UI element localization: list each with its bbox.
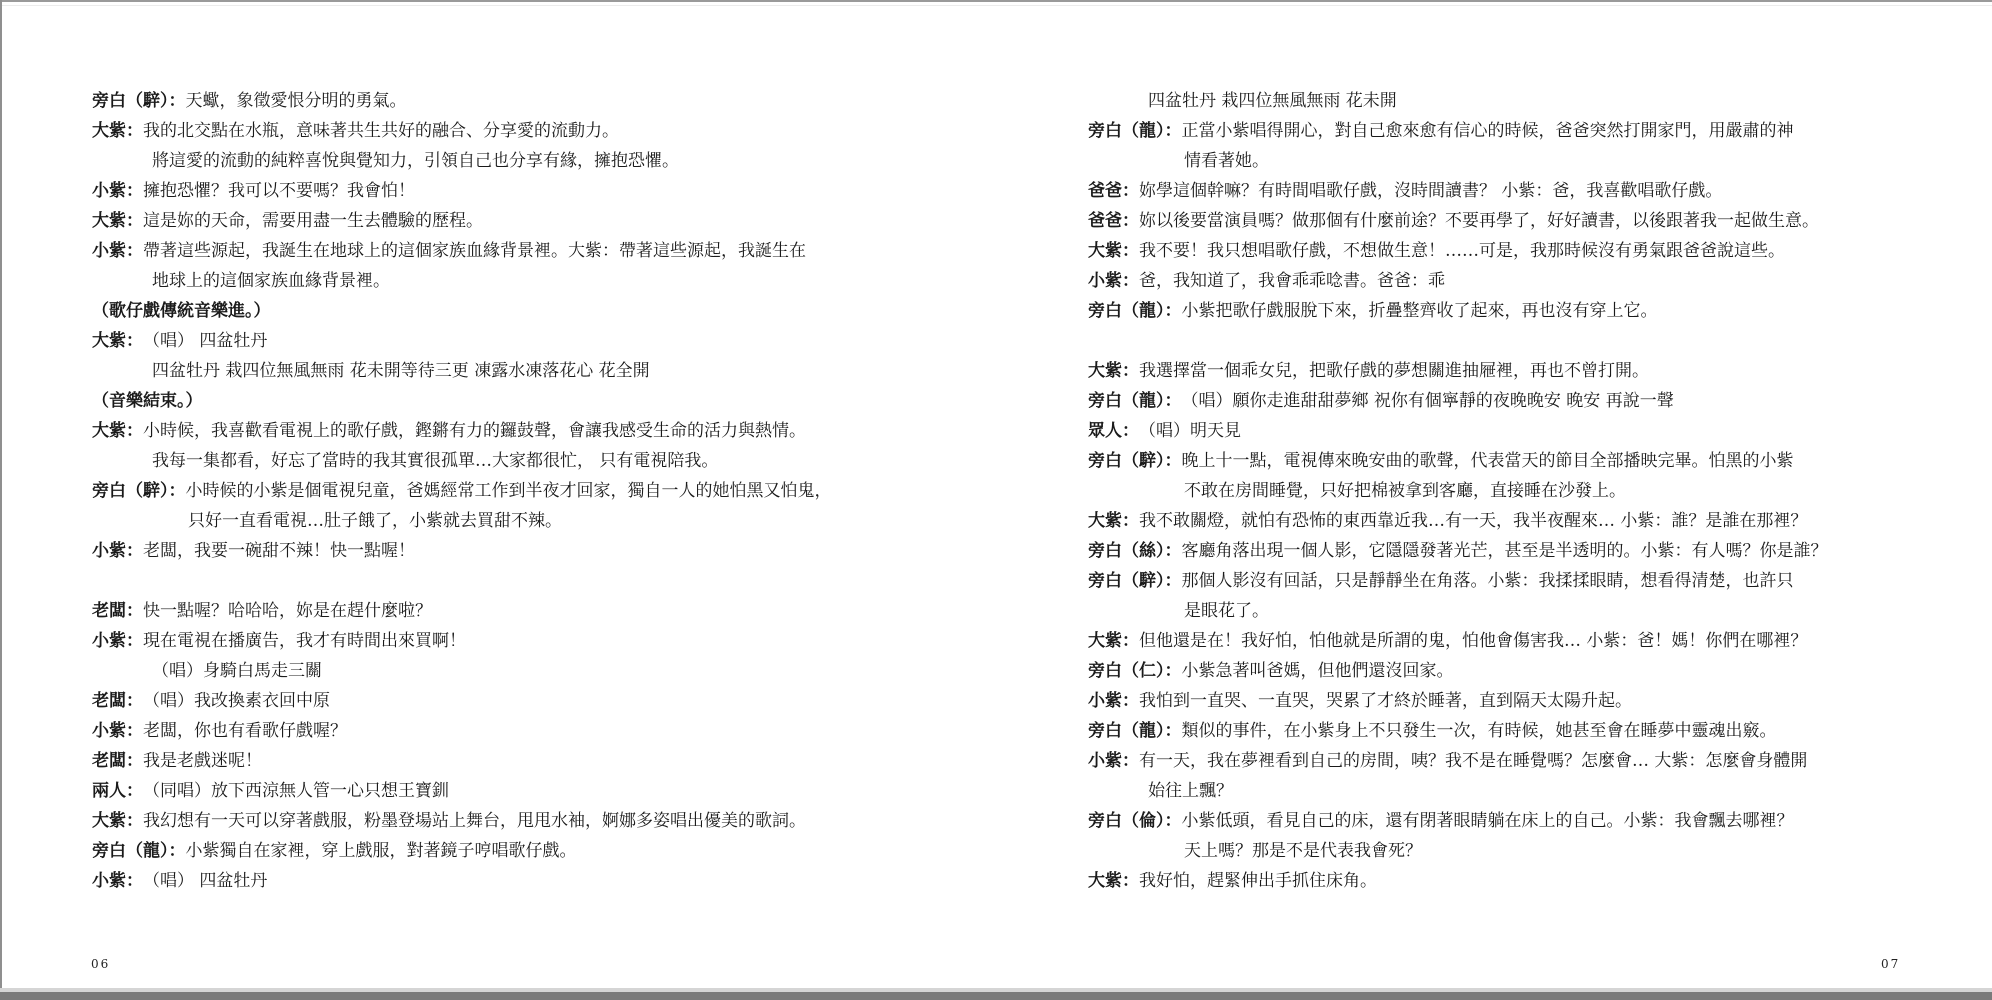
dialogue-text: （唱）願你走進甜甜夢鄉 祝你有個寧靜的夜晚晚安 晚安 再說一聲: [1182, 386, 1674, 416]
speaker-name: 小紫：: [92, 236, 143, 266]
dialogue-text: 我選擇當一個乖女兒，把歌仔戲的夢想關進抽屜裡，再也不曾打開。: [1139, 356, 1649, 386]
dialogue-text: 小時候的小紫是個電視兒童，爸媽經常工作到半夜才回家，獨自一人的她怕黑又怕鬼，: [186, 476, 832, 506]
dialogue-text: （唱） 四盆牡丹: [143, 866, 267, 896]
dialogue-text: 擁抱恐懼？我可以不要嗎？我會怕！: [143, 176, 415, 206]
right-page-script: 四盆牡丹 栽四位無風無雨 花未開旁白（龍）：正當小紫唱得開心，對自己愈來愈有信心…: [1088, 86, 1908, 896]
speaker-name: 小紫：: [1088, 266, 1139, 296]
dialogue-line: 小紫：現在電視在播廣告，我才有時間出來買啊！: [92, 626, 932, 656]
speaker-name: 大紫：: [92, 806, 143, 836]
dialogue-text: 天蠍，象徵愛恨分明的勇氣。: [186, 86, 407, 116]
dialogue-line: 大紫：我選擇當一個乖女兒，把歌仔戲的夢想關進抽屜裡，再也不曾打開。: [1088, 356, 1908, 386]
dialogue-text: 妳學這個幹嘛？有時間唱歌仔戲，沒時間讀書？ 小紫：爸，我喜歡唱歌仔戲。: [1139, 176, 1722, 206]
dialogue-line: 小紫：帶著這些源起，我誕生在地球上的這個家族血緣背景裡。大紫：帶著這些源起，我誕…: [92, 236, 932, 266]
dialogue-text: 帶著這些源起，我誕生在地球上的這個家族血緣背景裡。大紫：帶著這些源起，我誕生在: [143, 236, 806, 266]
dialogue-text: （唱） 四盆牡丹: [143, 326, 267, 356]
page-number-left: 06: [91, 957, 110, 971]
speaker-name: 旁白（騂）：: [92, 476, 186, 506]
dialogue-line: 小紫：老闆，我要一碗甜不辣！快一點喔！: [92, 536, 932, 566]
dialogue-line: 老闆：（唱）我改換素衣回中原: [92, 686, 932, 716]
dialogue-text: 我幻想有一天可以穿著戲服，粉墨登場站上舞台，甩甩水袖，婀娜多姿唱出優美的歌詞。: [143, 806, 806, 836]
dialogue-line: 爸爸：妳學這個幹嘛？有時間唱歌仔戲，沒時間讀書？ 小紫：爸，我喜歡唱歌仔戲。: [1088, 176, 1908, 206]
speaker-name: 大紫：: [1088, 356, 1139, 386]
page-number-right: 07: [1881, 957, 1900, 971]
speaker-name: 老闆：: [92, 746, 143, 776]
speaker-name: 大紫：: [92, 416, 143, 446]
dialogue-line: 旁白（龍）：正當小紫唱得開心，對自己愈來愈有信心的時候，爸爸突然打開家門，用嚴肅…: [1088, 116, 1908, 146]
dialogue-line: 大紫：小時候，我喜歡看電視上的歌仔戲，鏗鏘有力的鑼鼓聲，會讓我感受生命的活力與熱…: [92, 416, 932, 446]
left-page-script: 旁白（騂）：天蠍，象徵愛恨分明的勇氣。大紫：我的北交點在水瓶，意味著共生共好的融…: [92, 86, 932, 896]
speaker-name: 旁白（絲）：: [1088, 536, 1182, 566]
dialogue-line: 旁白（倫）：小紫低頭，看見自己的床，還有閉著眼睛躺在床上的自己。小紫：我會飄去哪…: [1088, 806, 1908, 836]
dialogue-text: 現在電視在播廣告，我才有時間出來買啊！: [143, 626, 466, 656]
dialogue-text: 正當小紫唱得開心，對自己愈來愈有信心的時候，爸爸突然打開家門，用嚴肅的神: [1182, 116, 1794, 146]
dialogue-text: 客廳角落出現一個人影，它隱隱發著光芒，甚至是半透明的。小紫：有人嗎？你是誰？: [1182, 536, 1828, 566]
dialogue-text: 妳以後要當演員嗎？做那個有什麼前途？不要再學了，好好讀書，以後跟著我一起做生意。: [1139, 206, 1819, 236]
speaker-name: 小紫：: [92, 536, 143, 566]
speaker-name: 眾人：: [1088, 416, 1139, 446]
speaker-name: 大紫：: [92, 116, 143, 146]
speaker-name: 旁白（龍）：: [1088, 116, 1182, 146]
speaker-name: 小紫：: [92, 716, 143, 746]
dialogue-line: 兩人：（同唱）放下西涼無人管一心只想王寶釧: [92, 776, 932, 806]
speaker-name: 老闆：: [92, 686, 143, 716]
dialogue-line: 老闆：我是老戲迷呢！: [92, 746, 932, 776]
dialogue-text: 小紫急著叫爸媽，但他們還沒回家。: [1182, 656, 1454, 686]
dialogue-line: 小紫：（唱） 四盆牡丹: [92, 866, 932, 896]
speaker-name: 旁白（龍）：: [1088, 716, 1182, 746]
dialogue-continuation: 地球上的這個家族血緣背景裡。: [92, 266, 932, 296]
dialogue-text: 老闆，我要一碗甜不辣！快一點喔！: [143, 536, 415, 566]
dialogue-line: 旁白（龍）：小紫把歌仔戲服脫下來，折疊整齊收了起來，再也沒有穿上它。: [1088, 296, 1908, 326]
dialogue-continuation: 四盆牡丹 栽四位無風無雨 花未開: [1088, 86, 1908, 116]
dialogue-line: 大紫：我幻想有一天可以穿著戲服，粉墨登場站上舞台，甩甩水袖，婀娜多姿唱出優美的歌…: [92, 806, 932, 836]
dialogue-text: 快一點喔？哈哈哈，妳是在趕什麼啦？: [143, 596, 432, 626]
dialogue-line: 大紫：我不敢關燈，就怕有恐怖的東西靠近我…有一天，我半夜醒來… 小紫：誰？是誰在…: [1088, 506, 1908, 536]
dialogue-line: 旁白（龍）：小紫獨自在家裡，穿上戲服，對著鏡子哼唱歌仔戲。: [92, 836, 932, 866]
dialogue-line: 旁白（騂）：小時候的小紫是個電視兒童，爸媽經常工作到半夜才回家，獨自一人的她怕黑…: [92, 476, 932, 506]
dialogue-line: 旁白（龍）：類似的事件，在小紫身上不只發生一次，有時候，她甚至會在睡夢中靈魂出竅…: [1088, 716, 1908, 746]
dialogue-continuation: 我每一集都看，好忘了當時的我其實很孤單…大家都很忙， 只有電視陪我。: [92, 446, 932, 476]
speaker-name: 旁白（仁）：: [1088, 656, 1182, 686]
dialogue-line: 小紫：爸，我知道了，我會乖乖唸書。爸爸：乖: [1088, 266, 1908, 296]
dialogue-continuation: 天上嗎？那是不是代表我會死？: [1088, 836, 1908, 866]
speaker-name: 大紫：: [1088, 506, 1139, 536]
dialogue-line: 爸爸：妳以後要當演員嗎？做那個有什麼前途？不要再學了，好好讀書，以後跟著我一起做…: [1088, 206, 1908, 236]
speaker-name: 旁白（龍）：: [1088, 296, 1182, 326]
speaker-name: 旁白（龍）：: [1088, 386, 1182, 416]
dialogue-text: 小紫獨自在家裡，穿上戲服，對著鏡子哼唱歌仔戲。: [186, 836, 577, 866]
dialogue-line: 小紫：老闆，你也有看歌仔戲喔？: [92, 716, 932, 746]
speaker-name: 小紫：: [1088, 746, 1139, 776]
dialogue-line: 小紫：我怕到一直哭、一直哭，哭累了才終於睡著，直到隔天太陽升起。: [1088, 686, 1908, 716]
dialogue-text: 我不敢關燈，就怕有恐怖的東西靠近我…有一天，我半夜醒來… 小紫：誰？是誰在那裡？: [1139, 506, 1807, 536]
dialogue-continuation: 將這愛的流動的純粹喜悅與覺知力，引領自己也分享有緣，擁抱恐懼。: [92, 146, 932, 176]
dialogue-line: 眾人：（唱）明天見: [1088, 416, 1908, 446]
dialogue-text: 類似的事件，在小紫身上不只發生一次，有時候，她甚至會在睡夢中靈魂出竅。: [1182, 716, 1777, 746]
dialogue-line: 小紫：有一天，我在夢裡看到自己的房間，咦？我不是在睡覺嗎？怎麼會… 大紫：怎麼會…: [1088, 746, 1908, 776]
dialogue-line: 大紫：我不要！我只想唱歌仔戲，不想做生意！……可是，我那時候沒有勇氣跟爸爸說這些…: [1088, 236, 1908, 266]
dialogue-line: 小紫：擁抱恐懼？我可以不要嗎？我會怕！: [92, 176, 932, 206]
dialogue-line: 大紫：但他還是在！我好怕，怕他就是所謂的鬼，怕他會傷害我… 小紫：爸！媽！你們在…: [1088, 626, 1908, 656]
dialogue-text: 小紫低頭，看見自己的床，還有閉著眼睛躺在床上的自己。小紫：我會飄去哪裡？: [1182, 806, 1794, 836]
dialogue-text: 老闆，你也有看歌仔戲喔？: [143, 716, 347, 746]
dialogue-text: 小紫把歌仔戲服脫下來，折疊整齊收了起來，再也沒有穿上它。: [1182, 296, 1658, 326]
speaker-name: 大紫：: [1088, 866, 1139, 896]
speaker-name: 大紫：: [92, 326, 143, 356]
blank-line: [1088, 326, 1908, 356]
dialogue-line: 旁白（絲）：客廳角落出現一個人影，它隱隱發著光芒，甚至是半透明的。小紫：有人嗎？…: [1088, 536, 1908, 566]
dialogue-line: 旁白（騂）：那個人影沒有回話，只是靜靜坐在角落。小紫：我揉揉眼睛，想看得清楚，也…: [1088, 566, 1908, 596]
dialogue-line: 旁白（騂）：晚上十一點，電視傳來晚安曲的歌聲，代表當天的節目全部播映完畢。怕黑的…: [1088, 446, 1908, 476]
speaker-name: 小紫：: [1088, 686, 1139, 716]
dialogue-continuation: 四盆牡丹 栽四位無風無雨 花未開等待三更 凍露水凍落花心 花全開: [92, 356, 932, 386]
dialogue-continuation: 不敢在房間睡覺，只好把棉被拿到客廳，直接睡在沙發上。: [1088, 476, 1908, 506]
dialogue-text: 我不要！我只想唱歌仔戲，不想做生意！……可是，我那時候沒有勇氣跟爸爸說這些。: [1139, 236, 1785, 266]
dialogue-text: （同唱）放下西涼無人管一心只想王寶釧: [143, 776, 449, 806]
dialogue-text: 有一天，我在夢裡看到自己的房間，咦？我不是在睡覺嗎？怎麼會… 大紫：怎麼會身體開: [1139, 746, 1807, 776]
dialogue-continuation: 情看著她。: [1088, 146, 1908, 176]
speaker-name: 兩人：: [92, 776, 143, 806]
dialogue-text: （唱）明天見: [1139, 416, 1241, 446]
dialogue-line: 老闆：快一點喔？哈哈哈，妳是在趕什麼啦？: [92, 596, 932, 626]
dialogue-continuation: 是眼花了。: [1088, 596, 1908, 626]
speaker-name: 旁白（龍）：: [92, 836, 186, 866]
dialogue-line: 旁白（仁）：小紫急著叫爸媽，但他們還沒回家。: [1088, 656, 1908, 686]
page-frame-bottom: [0, 992, 1992, 1000]
speaker-name: 大紫：: [92, 206, 143, 236]
speaker-name: 大紫：: [1088, 236, 1139, 266]
page-frame-top-inner: [0, 5, 1992, 6]
dialogue-text: 這是妳的天命，需要用盡一生去體驗的歷程。: [143, 206, 483, 236]
dialogue-text: 我好怕，趕緊伸出手抓住床角。: [1139, 866, 1377, 896]
speaker-name: 旁白（騂）：: [1088, 566, 1182, 596]
dialogue-line: 大紫：（唱） 四盆牡丹: [92, 326, 932, 356]
speaker-name: 爸爸：: [1088, 176, 1139, 206]
stage-direction: （音樂結束。）: [92, 386, 932, 416]
dialogue-text: 晚上十一點，電視傳來晚安曲的歌聲，代表當天的節目全部播映完畢。怕黑的小紫: [1182, 446, 1794, 476]
speaker-name: 大紫：: [1088, 626, 1139, 656]
dialogue-continuation: （唱）身騎白馬走三關: [92, 656, 932, 686]
dialogue-text: 爸，我知道了，我會乖乖唸書。爸爸：乖: [1139, 266, 1445, 296]
dialogue-text: 我是老戲迷呢！: [143, 746, 262, 776]
dialogue-continuation: 始往上飄？: [1088, 776, 1908, 806]
blank-line: [92, 566, 932, 596]
speaker-name: 小紫：: [92, 626, 143, 656]
dialogue-line: 旁白（龍）：（唱）願你走進甜甜夢鄉 祝你有個寧靜的夜晚晚安 晚安 再說一聲: [1088, 386, 1908, 416]
dialogue-line: 大紫：這是妳的天命，需要用盡一生去體驗的歷程。: [92, 206, 932, 236]
dialogue-text: 但他還是在！我好怕，怕他就是所謂的鬼，怕他會傷害我… 小紫：爸！媽！你們在哪裡？: [1139, 626, 1807, 656]
page-frame-top: [0, 0, 1992, 2]
speaker-name: 小紫：: [92, 176, 143, 206]
dialogue-text: （唱）我改換素衣回中原: [143, 686, 330, 716]
dialogue-continuation: 只好一直看電視…肚子餓了，小紫就去買甜不辣。: [92, 506, 932, 536]
dialogue-text: 我的北交點在水瓶，意味著共生共好的融合、分享愛的流動力。: [143, 116, 619, 146]
speaker-name: 老闆：: [92, 596, 143, 626]
page-frame-left: [0, 0, 2, 1000]
speaker-name: 爸爸：: [1088, 206, 1139, 236]
dialogue-line: 旁白（騂）：天蠍，象徵愛恨分明的勇氣。: [92, 86, 932, 116]
speaker-name: 小紫：: [92, 866, 143, 896]
speaker-name: 旁白（倫）：: [1088, 806, 1182, 836]
dialogue-text: 小時候，我喜歡看電視上的歌仔戲，鏗鏘有力的鑼鼓聲，會讓我感受生命的活力與熱情。: [143, 416, 806, 446]
dialogue-text: 那個人影沒有回話，只是靜靜坐在角落。小紫：我揉揉眼睛，想看得清楚，也許只: [1182, 566, 1794, 596]
speaker-name: 旁白（騂）：: [1088, 446, 1182, 476]
dialogue-line: 大紫：我好怕，趕緊伸出手抓住床角。: [1088, 866, 1908, 896]
dialogue-text: 我怕到一直哭、一直哭，哭累了才終於睡著，直到隔天太陽升起。: [1139, 686, 1632, 716]
dialogue-line: 大紫：我的北交點在水瓶，意味著共生共好的融合、分享愛的流動力。: [92, 116, 932, 146]
speaker-name: 旁白（騂）：: [92, 86, 186, 116]
stage-direction: （歌仔戲傳統音樂進。）: [92, 296, 932, 326]
